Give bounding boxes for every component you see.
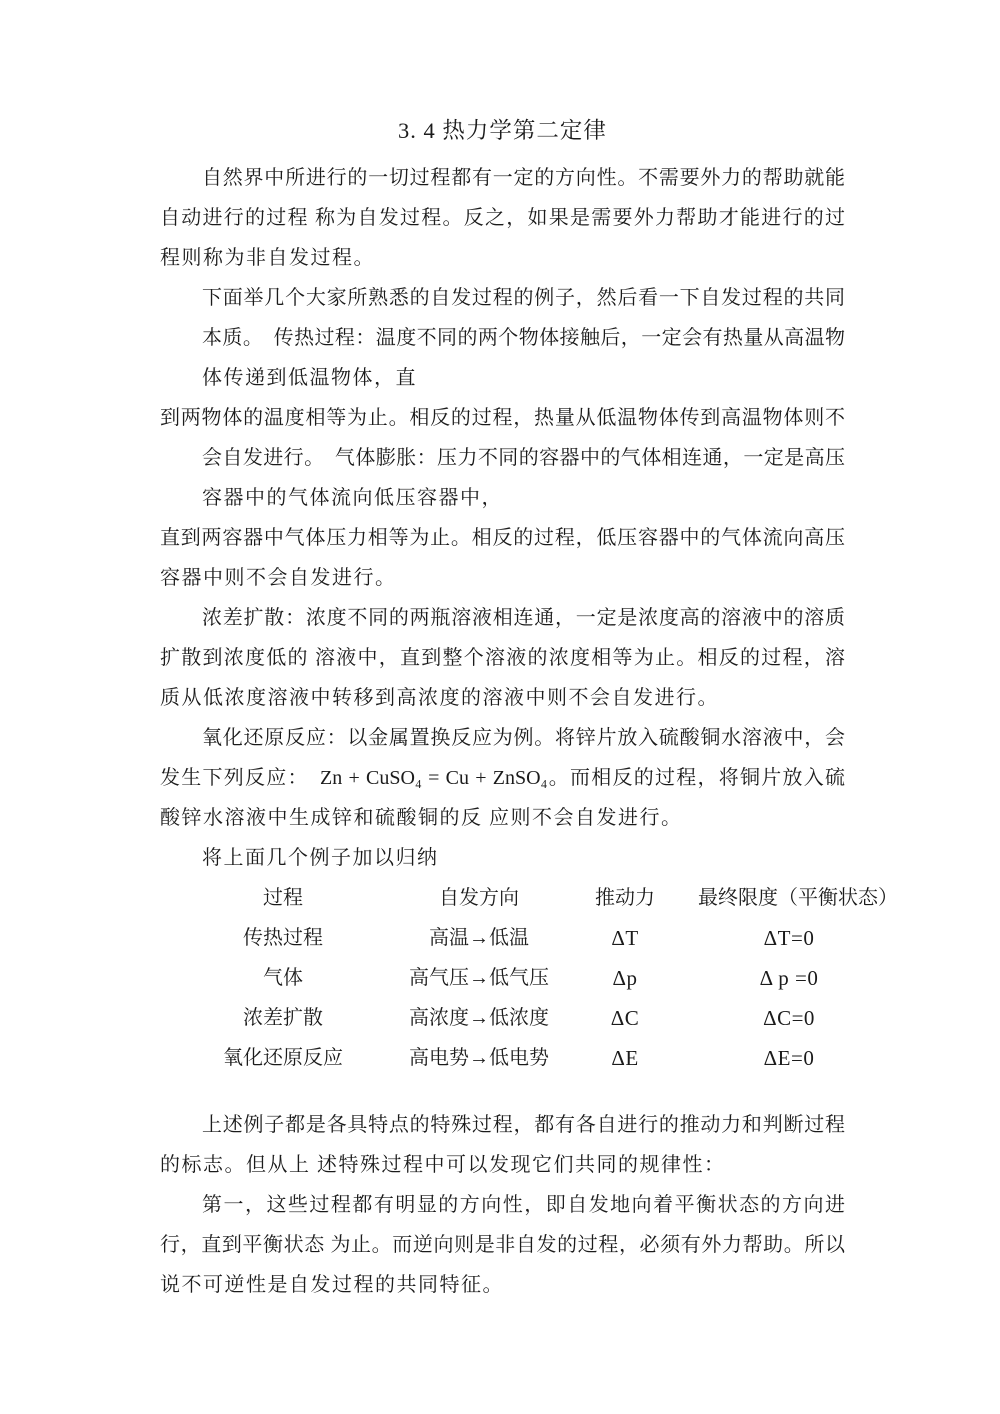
document-body: 自然界中所进行的一切过程都有一定的方向性。不需要外力的帮助就能 自动进行的过程 … bbox=[160, 158, 845, 878]
text-line: 下面举几个大家所熟悉的自发过程的例子，然后看一下自发过程的共同 bbox=[160, 278, 845, 318]
table-row: 氧化还原反应 高电势→低电势 ΔE ΔE=0 bbox=[160, 1038, 880, 1078]
text-line: 自然界中所进行的一切过程都有一定的方向性。不需要外力的帮助就能 bbox=[160, 158, 845, 198]
text-line: 扩散到浓度低的 溶液中，直到整个溶液的浓度相等为止。相反的过程，溶 bbox=[160, 638, 845, 678]
cell-direction: 高电势→低电势 bbox=[406, 1038, 552, 1078]
cell-driving-force: Δp bbox=[552, 958, 698, 998]
reaction-equation-line: 发生下列反应： Zn + CuSO₄ = Cu + ZnSO₄。而相反的过程，将… bbox=[160, 758, 845, 798]
cell-limit: ΔE=0 bbox=[698, 1038, 880, 1078]
text-line: 上述例子都是各具特点的特殊过程，都有各自进行的推动力和判断过程 bbox=[160, 1105, 845, 1145]
table-row: 气体 高气压→低气压 Δp Δ p =0 bbox=[160, 958, 880, 998]
text-line: 说不可逆性是自发过程的共同特征。 bbox=[160, 1265, 845, 1305]
column-header-direction: 自发方向 bbox=[406, 878, 552, 918]
section-title: 3. 4 热力学第二定律 bbox=[160, 108, 845, 153]
text-line: 氧化还原反应：以金属置换反应为例。将锌片放入硫酸铜水溶液中，会 bbox=[160, 718, 845, 758]
text-line: 质从低浓度溶液中转移到高浓度的溶液中则不会自发进行。 bbox=[160, 678, 845, 718]
cell-direction: 高气压→低气压 bbox=[406, 958, 552, 998]
text-line: 容器中的气体流向低压容器中， bbox=[160, 478, 845, 518]
text-line: 第一，这些过程都有明显的方向性，即自发地向着平衡状态的方向进 bbox=[160, 1185, 845, 1225]
text-line: 程则称为非自发过程。 bbox=[160, 238, 845, 278]
text-line: 本质。 传热过程：温度不同的两个物体接触后，一定会有热量从高温物 bbox=[160, 318, 845, 358]
column-header-limit: 最终限度（平衡状态） bbox=[698, 878, 880, 918]
cell-limit: ΔC=0 bbox=[698, 998, 880, 1038]
table-row: 浓差扩散 高浓度→低浓度 ΔC ΔC=0 bbox=[160, 998, 880, 1038]
text-line: 体传递到低温物体，直 bbox=[160, 358, 845, 398]
text-line: 会自发进行。 气体膨胀：压力不同的容器中的气体相连通，一定是高压 bbox=[160, 438, 845, 478]
text-line: 将上面几个例子加以归纳 bbox=[160, 838, 845, 878]
text-line: 到两物体的温度相等为止。相反的过程，热量从低温物体传到高温物体则不 bbox=[160, 398, 845, 438]
cell-process: 气体 bbox=[160, 958, 406, 998]
table-header-row: 过程 自发方向 推动力 最终限度（平衡状态） bbox=[160, 878, 880, 918]
spontaneous-process-summary-table: 过程 自发方向 推动力 最终限度（平衡状态） 传热过程 高温→低温 ΔT ΔT=… bbox=[160, 878, 880, 1078]
cell-process: 氧化还原反应 bbox=[160, 1038, 406, 1078]
cell-limit: ΔT=0 bbox=[698, 918, 880, 958]
text-line: 容器中则不会自发进行。 bbox=[160, 558, 845, 598]
cell-process: 传热过程 bbox=[160, 918, 406, 958]
text-line: 浓差扩散：浓度不同的两瓶溶液相连通，一定是浓度高的溶液中的溶质 bbox=[160, 598, 845, 638]
document-closing: 上述例子都是各具特点的特殊过程，都有各自进行的推动力和判断过程 的标志。但从上 … bbox=[160, 1105, 845, 1305]
cell-process: 浓差扩散 bbox=[160, 998, 406, 1038]
document-page: 3. 4 热力学第二定律 自然界中所进行的一切过程都有一定的方向性。不需要外力的… bbox=[0, 0, 1000, 1414]
cell-direction: 高浓度→低浓度 bbox=[406, 998, 552, 1038]
cell-driving-force: ΔE bbox=[552, 1038, 698, 1078]
cell-direction: 高温→低温 bbox=[406, 918, 552, 958]
text-line: 直到两容器中气体压力相等为止。相反的过程，低压容器中的气体流向高压 bbox=[160, 518, 845, 558]
text-line: 的标志。但从上 述特殊过程中可以发现它们共同的规律性： bbox=[160, 1145, 845, 1185]
cell-limit: Δ p =0 bbox=[698, 958, 880, 998]
text-line: 酸锌水溶液中生成锌和硫酸铜的反 应则不会自发进行。 bbox=[160, 798, 845, 838]
text-line: 自动进行的过程 称为自发过程。反之，如果是需要外力帮助才能进行的过 bbox=[160, 198, 845, 238]
cell-driving-force: ΔT bbox=[552, 918, 698, 958]
cell-driving-force: ΔC bbox=[552, 998, 698, 1038]
text-line: 行，直到平衡状态 为止。而逆向则是非自发的过程，必须有外力帮助。所以 bbox=[160, 1225, 845, 1265]
table-row: 传热过程 高温→低温 ΔT ΔT=0 bbox=[160, 918, 880, 958]
column-header-driving-force: 推动力 bbox=[552, 878, 698, 918]
column-header-process: 过程 bbox=[160, 878, 406, 918]
